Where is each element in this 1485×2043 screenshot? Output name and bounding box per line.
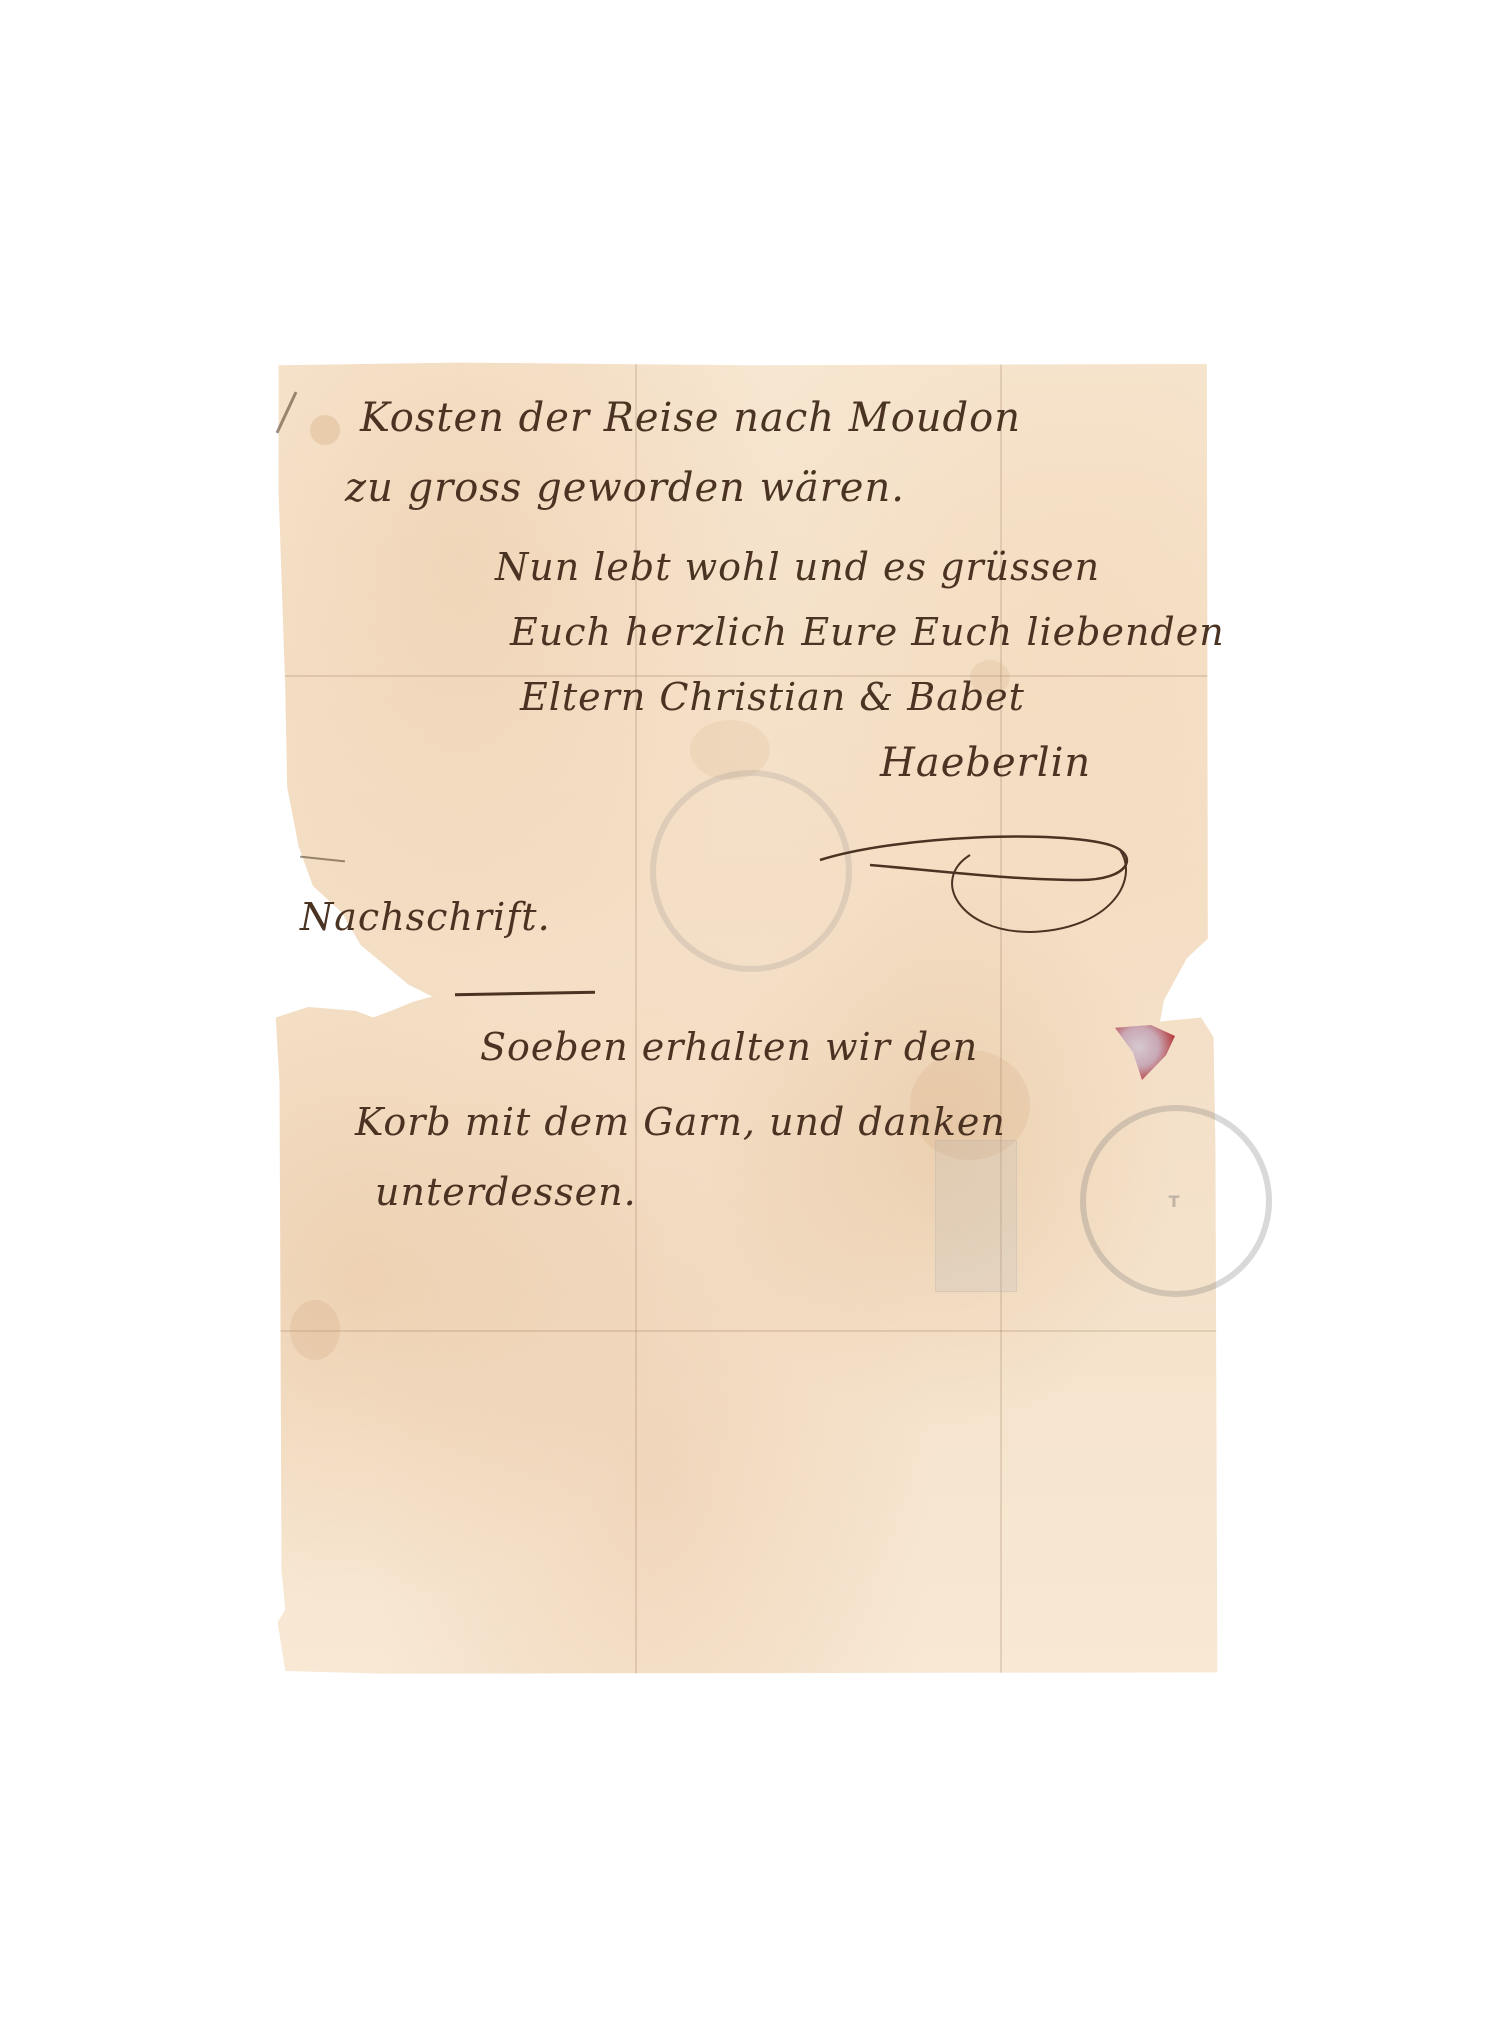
stain [310, 415, 340, 445]
postscript-title: Nachschrift. [300, 895, 551, 939]
bleed-through-stamp [935, 1140, 1017, 1292]
stain [290, 1300, 340, 1360]
scan-background: T Kosten der Reise nach Moudon zu gross … [0, 0, 1485, 2043]
postscript-line-3: unterdessen. [375, 1170, 637, 1214]
closing-line-2: Euch herzlich Eure Euch liebenden [510, 610, 1225, 654]
letter-body-line-1: Kosten der Reise nach Moudon [360, 395, 1021, 441]
signature: Haeberlin [880, 740, 1091, 786]
postmark-center-letter: T [1169, 1192, 1184, 1211]
postscript-line-1: Soeben erhalten wir den [480, 1025, 978, 1069]
signature-flourish [810, 820, 1150, 940]
closing-line-1: Nun lebt wohl und es grüssen [495, 545, 1100, 589]
closing-line-3: Eltern Christian & Babet [520, 675, 1025, 719]
letter-body-line-2: zu gross geworden wären. [345, 465, 905, 511]
postmark: T [1080, 1105, 1272, 1297]
fold-line-horizontal-bottom [270, 1330, 1225, 1332]
postscript-line-2: Korb mit dem Garn, und danken [355, 1100, 1006, 1144]
